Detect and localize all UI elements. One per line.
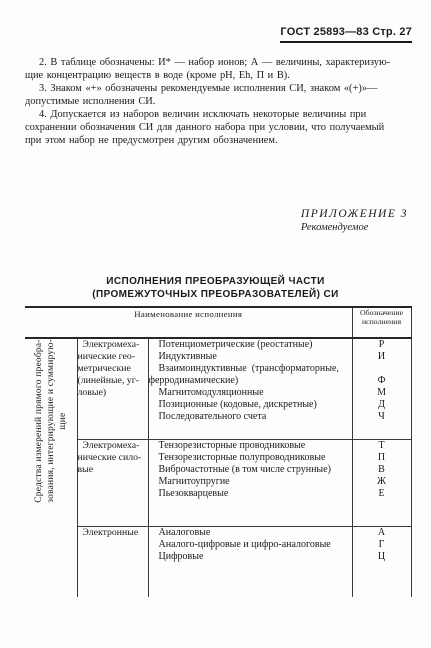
note-paragraph-4: 4. Допускается из наборов величин исключ… xyxy=(25,108,411,147)
group-codes-cell: Т П В Ж Е xyxy=(352,439,411,526)
group-items-cell: Потенциометрические (реостатные) Индукти… xyxy=(148,338,352,439)
group-codes-cell: Р И Ф М Д Ч xyxy=(352,338,411,439)
group-codes-cell: А Г Ц xyxy=(352,526,411,597)
gost-page-header: ГОСТ 25893—83 Стр. 27 xyxy=(280,26,412,43)
table-row-electronic: Электронные Аналоговые Аналого-цифровые … xyxy=(25,526,411,597)
table-row-electromech-geometric: Средства измерений прямого преобра- зова… xyxy=(25,338,411,439)
group-name-cell: Электронные xyxy=(77,526,148,597)
group-name-cell: Электромеха- нические гео- метрические (… xyxy=(77,338,148,439)
appendix-block: ПРИЛОЖЕНИЕ 3 Рекомендуемое xyxy=(301,208,408,233)
column-header-name: Наименование исполнения xyxy=(25,307,352,338)
row-label-vertical-text: Средства измерений прямого преобра- зова… xyxy=(33,339,69,503)
notes-block: 2. В таблице обозначены: И* — набор ионо… xyxy=(25,56,411,147)
table-row-electromech-force: Электромеха- нические сило- вые Тензорез… xyxy=(25,439,411,526)
group-items-cell: Тензорезисторные проводниковые Тензорези… xyxy=(148,439,352,526)
table-header-row: Наименование исполнения Обозначение испо… xyxy=(25,307,411,338)
column-header-code: Обозначение исполнения xyxy=(352,307,411,338)
appendix-label: ПРИЛОЖЕНИЕ 3 xyxy=(301,208,408,220)
note-paragraph-2: 2. В таблице обозначены: И* — набор ионо… xyxy=(25,56,411,82)
row-label-cell: Средства измерений прямого преобра- зова… xyxy=(25,338,77,597)
group-name-cell: Электромеха- нические сило- вые xyxy=(77,439,148,526)
executions-table: Наименование исполнения Обозначение испо… xyxy=(25,306,412,597)
group-items-cell: Аналоговые Аналого-цифровые и цифро-анал… xyxy=(148,526,352,597)
table-title: ИСПОЛНЕНИЯ ПРЕОБРАЗУЮЩЕЙ ЧАСТИ (ПРОМЕЖУТ… xyxy=(0,275,431,301)
appendix-note: Рекомендуемое xyxy=(301,222,408,233)
note-paragraph-3: 3. Знаком «+» обозначены рекомендуемые и… xyxy=(25,82,411,108)
